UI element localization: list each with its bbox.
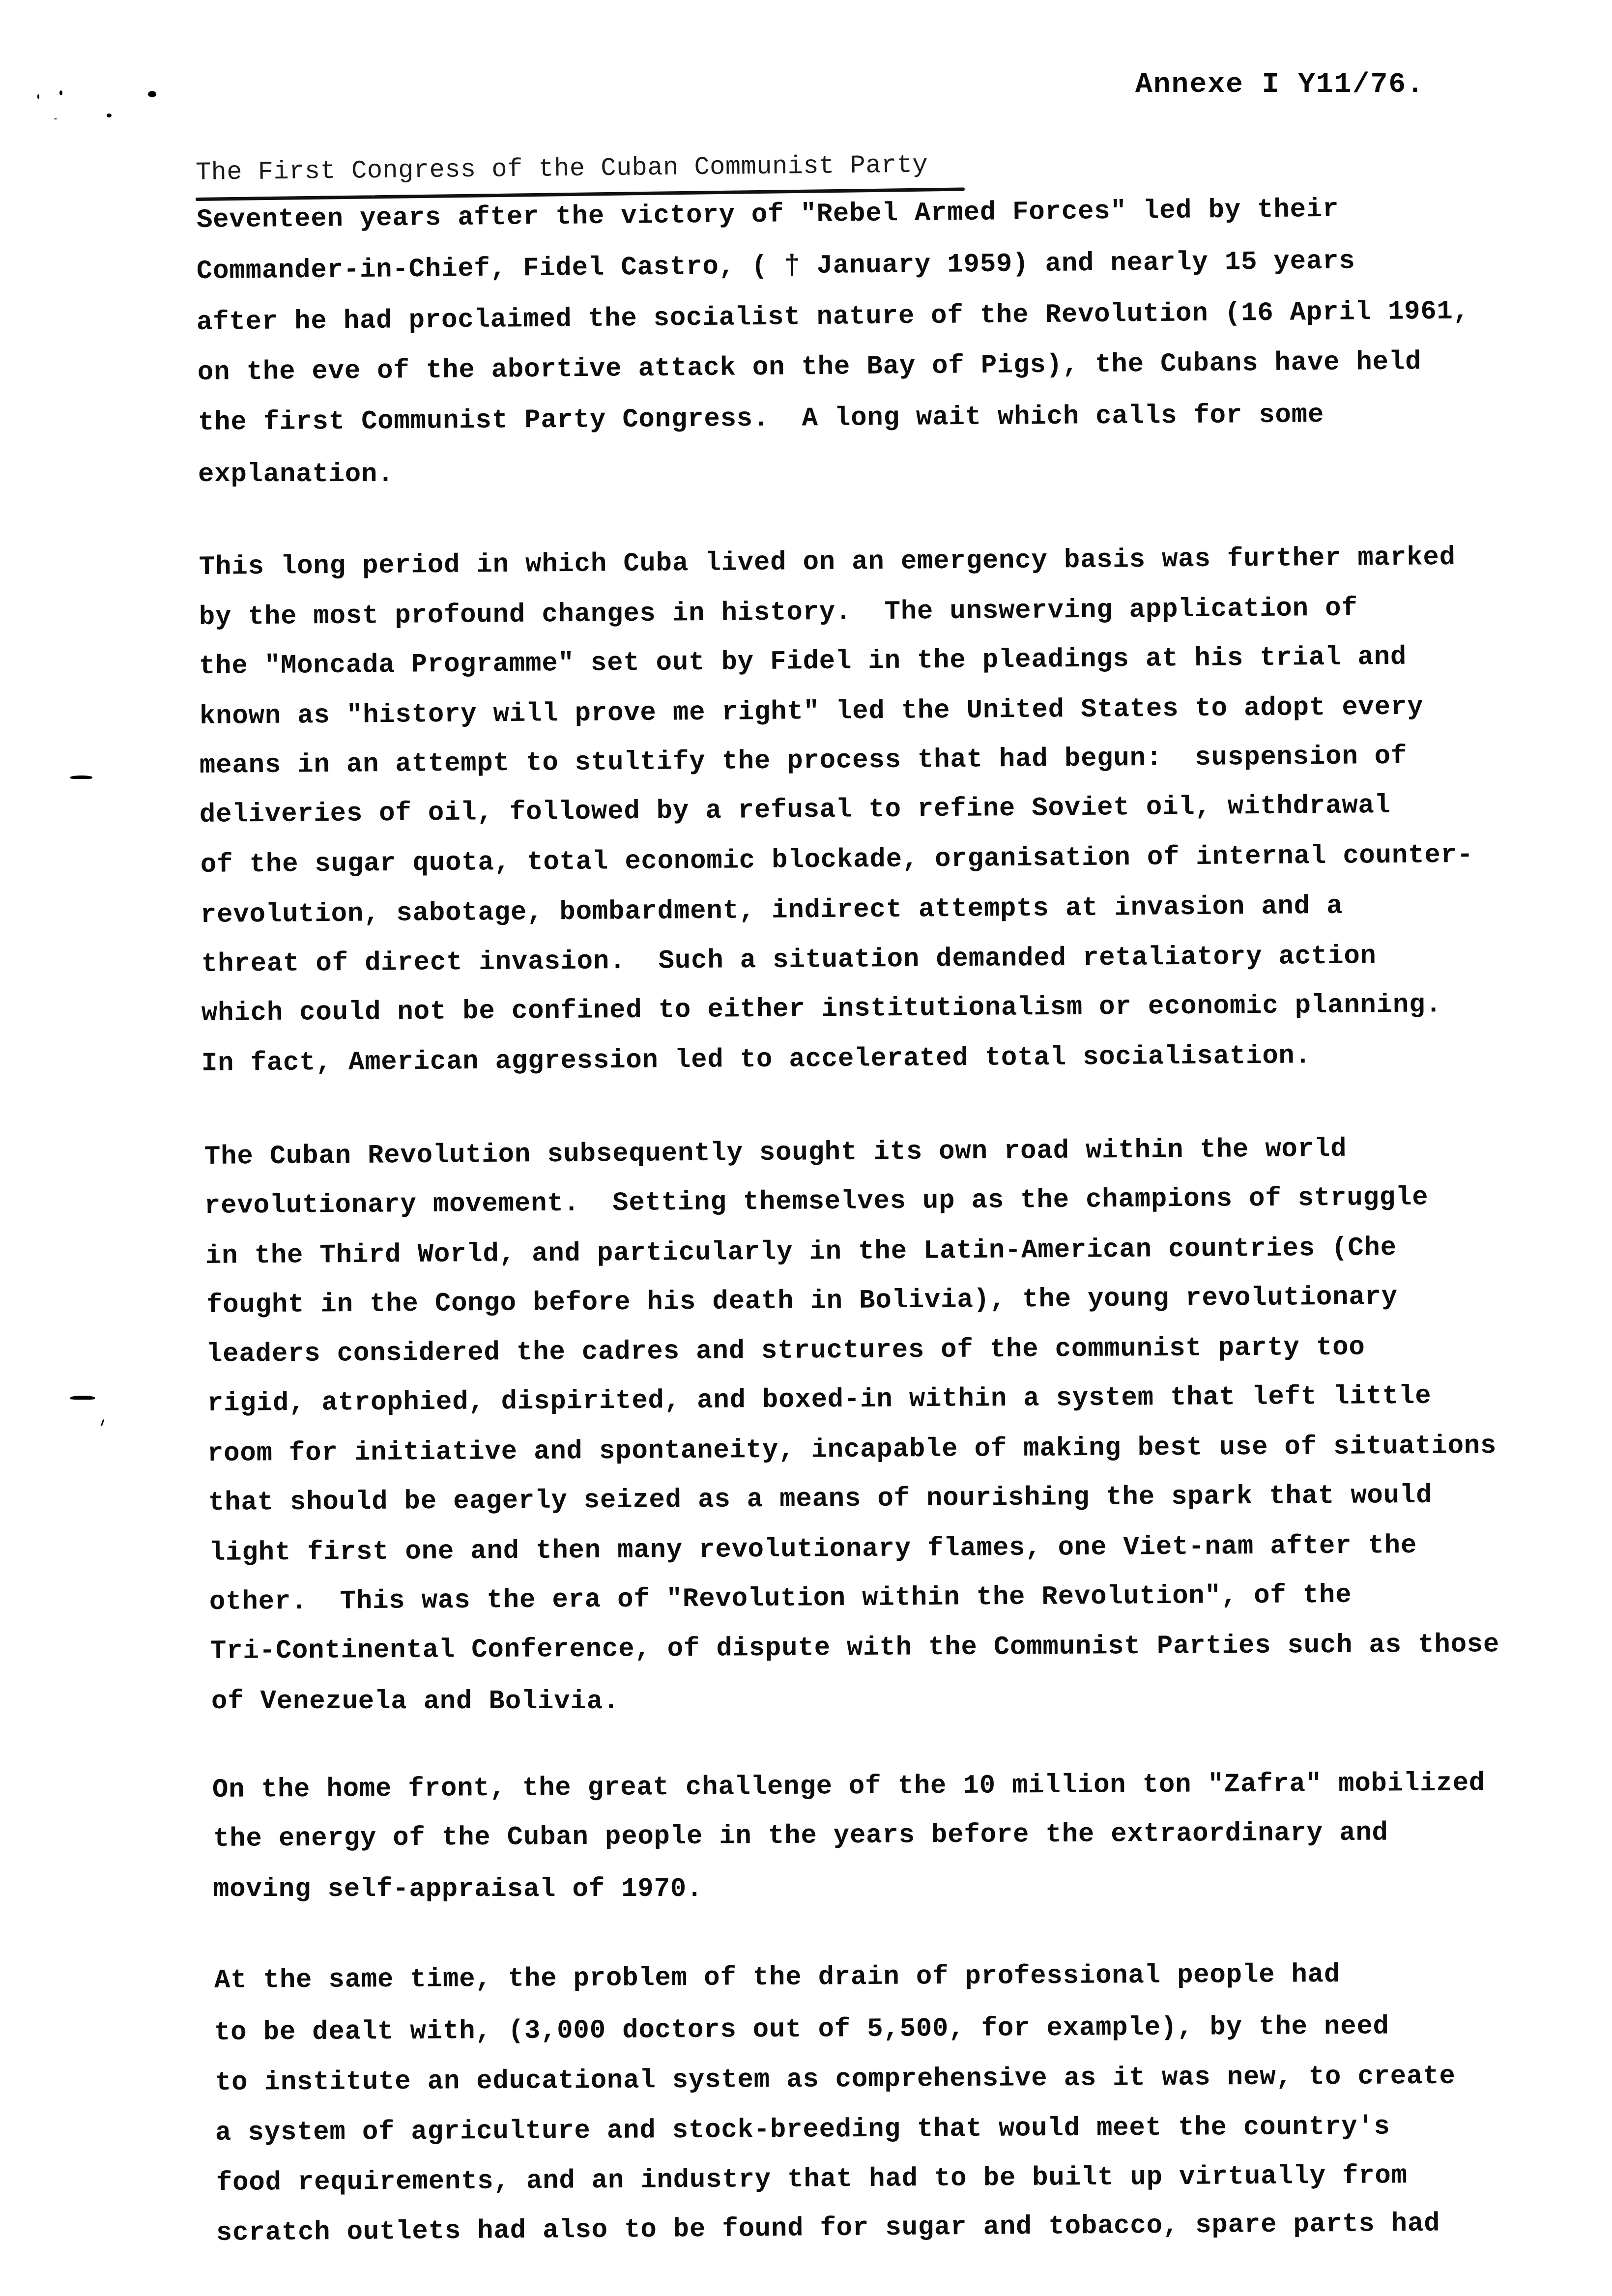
text-line: that should be eagerly seized as a means… bbox=[208, 1481, 1433, 1518]
text-line: food requirements, and an industry that … bbox=[216, 2161, 1408, 2198]
scan-speck bbox=[59, 90, 62, 95]
text-line: Seventeen years after the victory of "Re… bbox=[197, 195, 1339, 235]
document-reference: Annexe I Y11/76. bbox=[1135, 69, 1425, 101]
margin-tick-mark bbox=[101, 1419, 105, 1426]
text-line: explanation. bbox=[198, 459, 394, 489]
text-line: revolution, sabotage, bombardment, indir… bbox=[201, 891, 1343, 930]
text-line: fought in the Congo before his death in … bbox=[206, 1282, 1398, 1320]
margin-dash-mark bbox=[70, 775, 92, 779]
text-line: after he had proclaimed the socialist na… bbox=[197, 296, 1469, 338]
text-line: Tri-Continental Conference, of dispute w… bbox=[210, 1630, 1500, 1666]
text-line: threat of direct invasion. Such a situat… bbox=[201, 941, 1377, 979]
text-line: means in an attempt to stultify the proc… bbox=[200, 742, 1408, 781]
text-line: On the home front, the great challenge o… bbox=[212, 1768, 1485, 1805]
text-line: Commander-in-Chief, Fidel Castro, ( † Ja… bbox=[197, 246, 1355, 287]
text-line: moving self-appraisal of 1970. bbox=[213, 1874, 703, 1904]
text-line: At the same time, the problem of the dra… bbox=[214, 1960, 1340, 1996]
text-line: by the most profound changes in history.… bbox=[199, 593, 1358, 632]
text-line: to be dealt with, (3,000 doctors out of … bbox=[214, 2011, 1389, 2048]
text-line: room for initiative and spontaneity, inc… bbox=[207, 1431, 1497, 1469]
scanned-document-page: Annexe I Y11/76. The First Congress of t… bbox=[0, 0, 1612, 2296]
text-line: a system of agriculture and stock-breedi… bbox=[215, 2112, 1390, 2148]
scan-speck bbox=[54, 118, 57, 119]
text-line: light first one and then many revolution… bbox=[209, 1531, 1417, 1568]
text-line: other. This was the era of "Revolution w… bbox=[209, 1580, 1352, 1617]
scan-speck bbox=[37, 94, 39, 99]
text-line: of Venezuela and Bolivia. bbox=[211, 1687, 619, 1717]
text-line: In fact, American aggression led to acce… bbox=[201, 1041, 1311, 1079]
text-line: which could not be confined to either in… bbox=[201, 990, 1442, 1029]
text-line: of the sugar quota, total economic block… bbox=[201, 840, 1473, 880]
document-title: The First Congress of the Cuban Communis… bbox=[196, 150, 928, 187]
text-line: the first Communist Party Congress. A lo… bbox=[198, 400, 1324, 438]
text-line: scratch outlets had also to be found for… bbox=[216, 2209, 1440, 2248]
text-line: known as "history will prove me right" l… bbox=[200, 692, 1424, 732]
text-line: leaders considered the cadres and struct… bbox=[206, 1333, 1365, 1370]
scan-speck bbox=[148, 91, 156, 97]
scan-speck bbox=[107, 114, 112, 117]
text-line: on the eve of the abortive attack on the… bbox=[198, 347, 1422, 388]
text-line: rigid, atrophied, dispirited, and boxed-… bbox=[207, 1381, 1432, 1419]
text-line: to institute an educational system as co… bbox=[215, 2062, 1456, 2098]
text-line: revolutionary movement. Setting themselv… bbox=[204, 1183, 1429, 1221]
text-line: the energy of the Cuban people in the ye… bbox=[213, 1818, 1388, 1854]
text-line: deliveries of oil, followed by a refusal… bbox=[200, 791, 1391, 830]
margin-dash-mark bbox=[70, 1396, 95, 1400]
text-line: The Cuban Revolution subsequently sought… bbox=[204, 1134, 1347, 1172]
text-line: the "Moncada Programme" set out by Fidel… bbox=[199, 642, 1407, 682]
text-line: This long period in which Cuba lived on … bbox=[199, 543, 1456, 582]
text-line: in the Third World, and particularly in … bbox=[205, 1233, 1397, 1271]
